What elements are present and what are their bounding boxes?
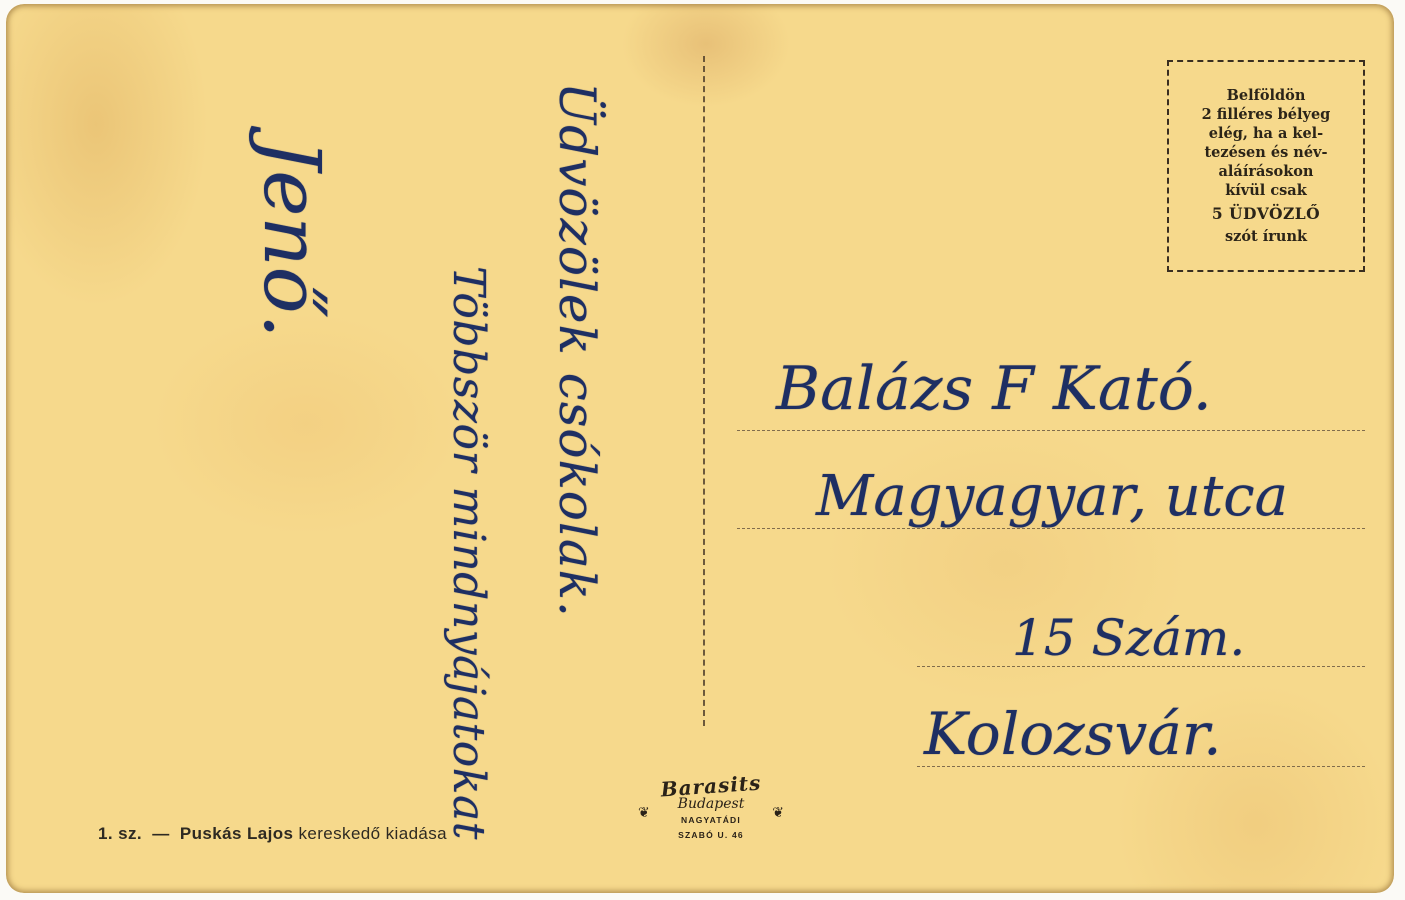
leaf-ornament-icon: ❦ bbox=[772, 804, 784, 821]
stamp-notice-line: Belföldön bbox=[1227, 86, 1306, 105]
stamp-notice-line: tezésen és név- bbox=[1204, 143, 1327, 162]
vertical-divider bbox=[703, 56, 705, 726]
postcard-back: Belföldön 2 filléres bélyeg elég, ha a k… bbox=[6, 4, 1394, 893]
recipient-city: Kolozsvár. bbox=[924, 700, 1222, 768]
stamp-notice-line: elég, ha a kel- bbox=[1209, 124, 1323, 143]
stamp-notice-line: 2 filléres bélyeg bbox=[1202, 105, 1331, 124]
printer-street: NAGYATÁDI bbox=[636, 814, 786, 827]
stamp-notice-closing: szót írunk bbox=[1225, 227, 1307, 246]
recipient-house-number: 15 Szám. bbox=[1012, 609, 1245, 667]
recipient-street: Magyagyar, utca bbox=[816, 464, 1288, 529]
stamp-notice-emphasis: 5 ÜDVÖZLŐ bbox=[1212, 204, 1320, 223]
handwritten-signature: Jenő. bbox=[246, 139, 336, 338]
publisher-dash: — bbox=[152, 824, 169, 843]
recipient-name: Balázs F Kató. bbox=[776, 354, 1212, 424]
publisher-number: 1. sz. bbox=[98, 824, 142, 843]
printer-logo: ❦ ❦ Barasits Budapest NAGYATÁDI SZABÓ U.… bbox=[636, 774, 786, 854]
stamp-box: Belföldön 2 filléres bélyeg elég, ha a k… bbox=[1167, 60, 1365, 272]
address-line-1 bbox=[737, 430, 1365, 431]
leaf-ornament-icon: ❦ bbox=[638, 804, 650, 821]
stamp-notice-line: aláírásokon bbox=[1219, 162, 1314, 181]
publisher-line: 1. sz. — Puskás Lajos kereskedő kiadása bbox=[98, 824, 447, 844]
stamp-notice-line: kívül csak bbox=[1225, 181, 1307, 200]
handwritten-message-line-1: Üdvözölek csókolak. bbox=[548, 82, 606, 618]
handwritten-message-line-2: Többször mindnyájatokat bbox=[443, 266, 494, 840]
printer-address: SZABÓ U. 46 bbox=[636, 829, 786, 842]
publisher-rest: kereskedő kiadása bbox=[298, 824, 447, 843]
publisher-name: Puskás Lajos bbox=[180, 824, 293, 843]
